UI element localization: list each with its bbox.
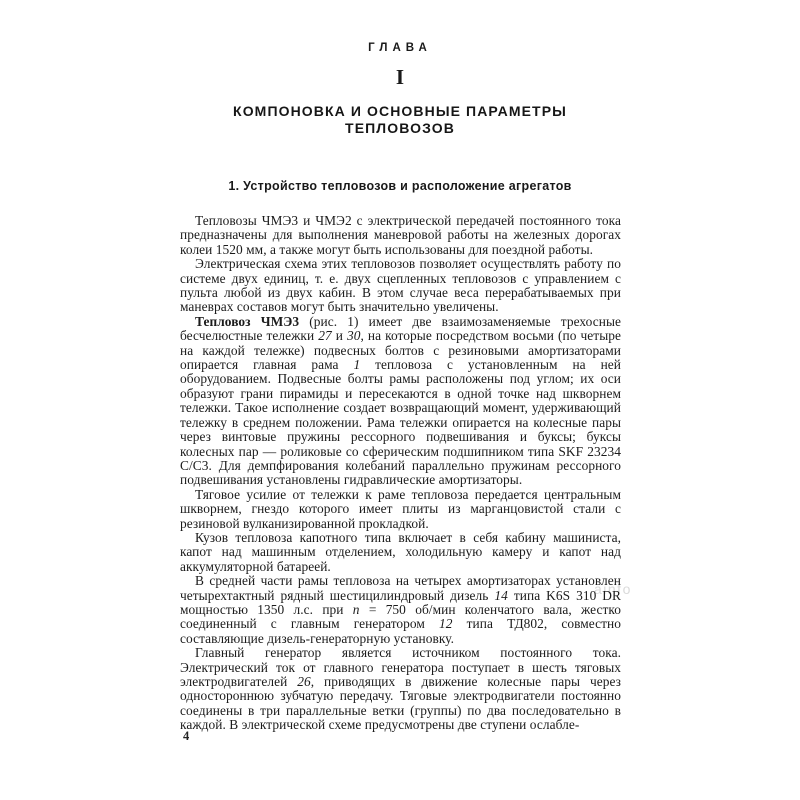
paragraph: Тяговое усилие от тележки к раме теплово…: [180, 488, 621, 531]
italic-run: 27: [318, 328, 332, 343]
text-run: Кузов тепловоза капотного типа включает …: [180, 530, 621, 574]
paragraph: Электрическая схема этих тепловозов позв…: [180, 257, 621, 315]
italic-run: n: [353, 602, 360, 617]
text-run: и: [332, 328, 347, 343]
italic-run: 26: [297, 674, 311, 689]
bold-run: Тепловоз ЧМЭ3: [195, 314, 299, 329]
chapter-title: КОМПОНОВКА И ОСНОВНЫЕ ПАРАМЕТРЫ ТЕПЛОВОЗ…: [0, 103, 800, 137]
text-run: тепловоза с установленным на ней оборудо…: [180, 357, 621, 487]
body-text: Тепловозы ЧМЭ3 и ЧМЭ2 с электрической пе…: [180, 214, 621, 733]
page-number: 4: [183, 729, 189, 744]
text-run: Тяговое усилие от тележки к раме теплово…: [180, 487, 621, 531]
chapter-title-line1: КОМПОНОВКА И ОСНОВНЫЕ ПАРАМЕТРЫ: [0, 103, 800, 120]
italic-run: 30: [347, 328, 361, 343]
chapter-numeral: I: [0, 65, 800, 90]
paragraph: Кузов тепловоза капотного типа включает …: [180, 531, 621, 574]
chapter-title-line2: ТЕПЛОВОЗОВ: [0, 120, 800, 137]
paragraph: В средней части рамы тепловоза на четыре…: [180, 574, 621, 646]
italic-run: 14: [494, 588, 508, 603]
text-run: Тепловозы ЧМЭ3 и ЧМЭ2 с электрической пе…: [180, 213, 621, 257]
italic-run: 12: [439, 616, 453, 631]
text-run: Электрическая схема этих тепловозов позв…: [180, 256, 621, 314]
book-page: ainfo ГЛАВА I КОМПОНОВКА И ОСНОВНЫЕ ПАРА…: [0, 0, 800, 800]
section-heading: 1. Устройство тепловозов и расположение …: [0, 179, 800, 193]
paragraph: Тепловоз ЧМЭ3 (рис. 1) имеет две взаимоз…: [180, 315, 621, 488]
paragraph: Тепловозы ЧМЭ3 и ЧМЭ2 с электрической пе…: [180, 214, 621, 257]
chapter-label: ГЛАВА: [0, 42, 800, 54]
paragraph: Главный генератор является источником по…: [180, 646, 621, 732]
